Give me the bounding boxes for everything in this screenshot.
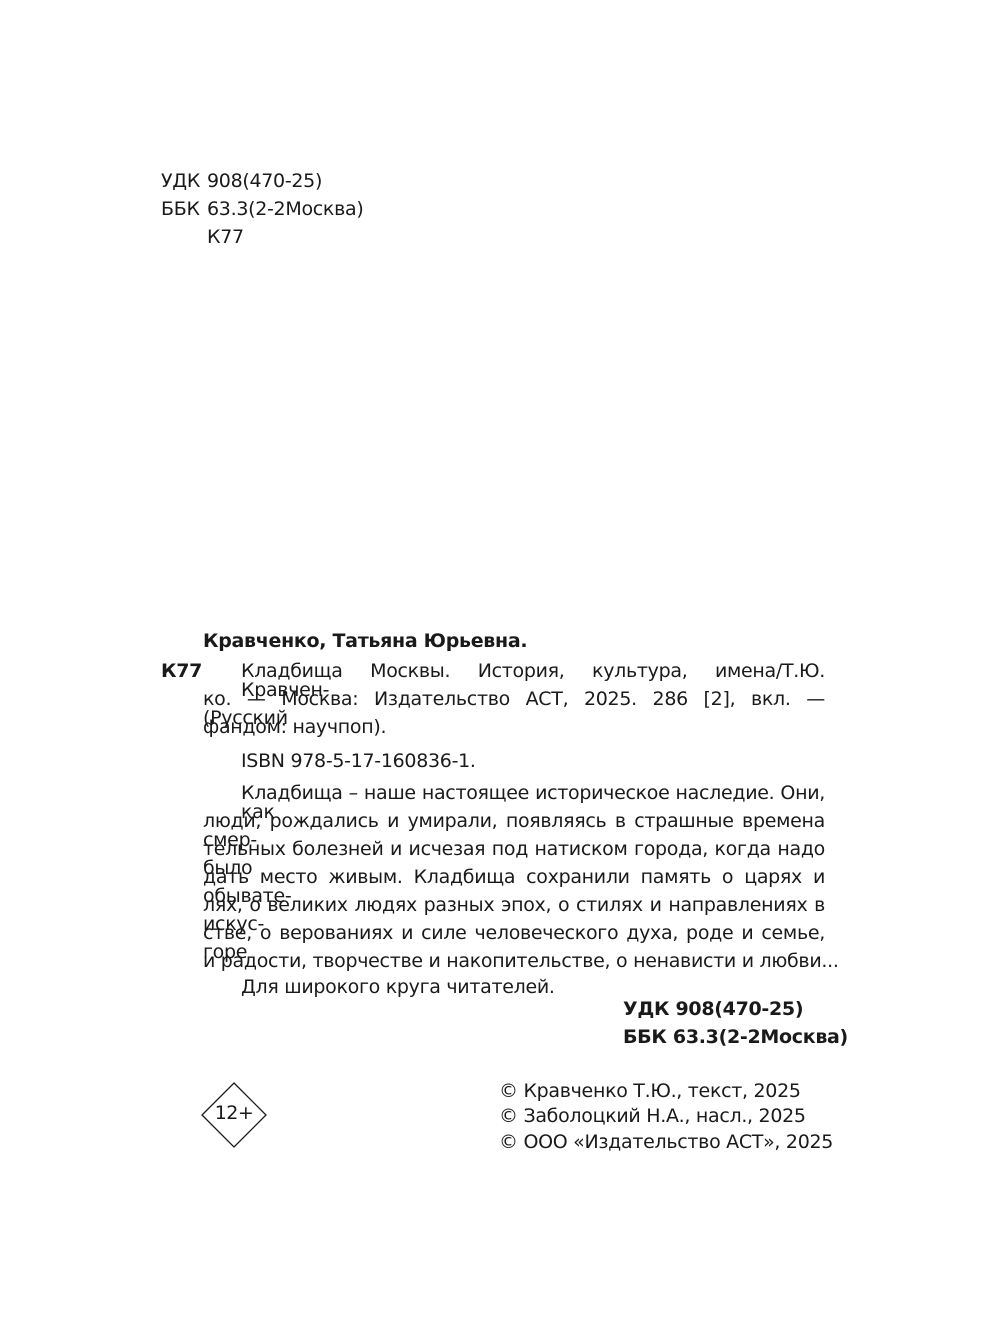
record-title-line: фандом: научпоп). (203, 718, 386, 737)
annotation-line: и радости, творчестве и накопительстве, … (203, 952, 839, 971)
record-bbk: ББК 63.3(2-2Москва) (623, 1028, 848, 1047)
copyright-line: © ООО «Издательство АСТ», 2025 (499, 1133, 833, 1152)
bbk-value: 63.3(2-2Москва) (207, 200, 363, 219)
copyright-line: © Кравченко Т.Ю., текст, 2025 (499, 1082, 801, 1101)
bbk-label: ББК (161, 200, 200, 219)
isbn: ISBN 978-5-17-160836-1. (241, 752, 476, 771)
age-rating-badge: 12+ (201, 1082, 267, 1148)
record-author: Кравченко, Татьяна Юрьевна. (203, 632, 527, 651)
record-author-mark: К77 (161, 662, 202, 681)
udk-label: УДК (161, 172, 200, 191)
copyright-line: © Заболоцкий Н.А., насл., 2025 (499, 1107, 806, 1126)
imprint-page: УДК 908(470-25) ББК 63.3(2-2Москва) К77 … (0, 0, 1000, 1317)
record-udk: УДК 908(470-25) (623, 1000, 803, 1019)
audience: Для широкого круга читателей. (241, 978, 555, 997)
author-mark: К77 (207, 228, 244, 247)
age-rating-label: 12+ (201, 1104, 267, 1123)
udk-value: 908(470-25) (207, 172, 322, 191)
